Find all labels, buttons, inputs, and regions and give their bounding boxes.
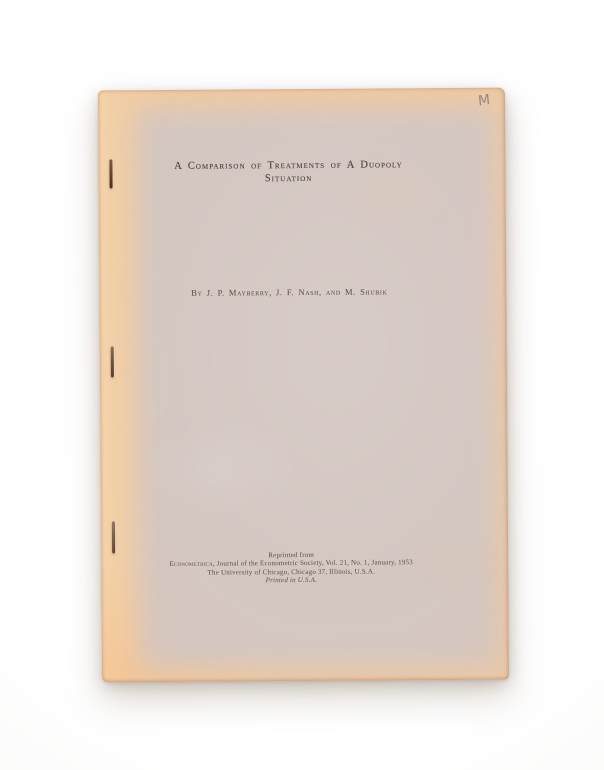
title-line-2: Situation: [99, 171, 479, 186]
pamphlet-cover: M A Comparison of Treatments of A Duopol…: [98, 88, 509, 683]
imprint-printed-in: Printed in U.S.A.: [101, 575, 481, 586]
byline: By J. P. Mayberry, J. F. Nash, and M. Sh…: [99, 286, 479, 299]
cover-content: A Comparison of Treatments of A Duopoly …: [98, 88, 509, 683]
imprint-block: Reprinted from Econometrica, Journal of …: [101, 550, 481, 586]
photo-backdrop: M A Comparison of Treatments of A Duopol…: [0, 0, 604, 770]
journal-name: Econometrica: [170, 560, 213, 568]
journal-line-rest: , Journal of the Econometric Society, Vo…: [213, 559, 413, 568]
paper-title: A Comparison of Treatments of A Duopoly …: [98, 159, 478, 187]
